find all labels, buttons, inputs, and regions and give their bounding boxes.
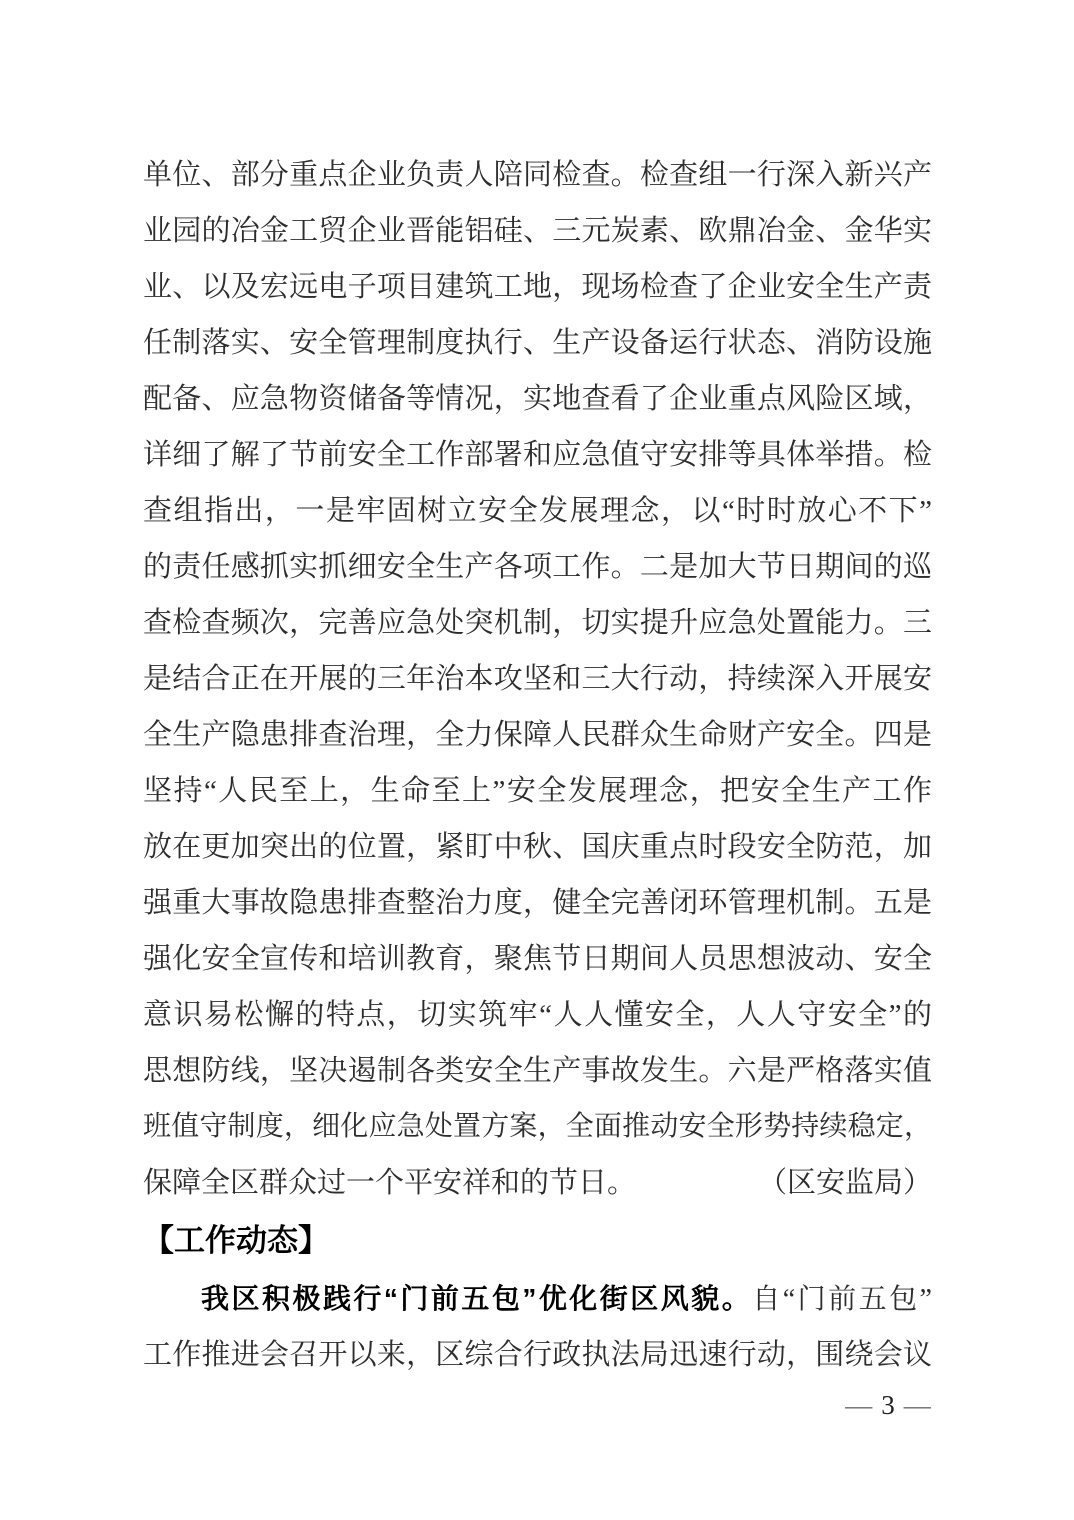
body-line: 任制落实、安全管理制度执行、生产设备运行状态、消防设施 — [143, 315, 932, 371]
attribution: （区安监局） — [758, 1155, 932, 1211]
body-line: 业、以及宏远电子项目建筑工地，现场检查了企业安全生产责 — [143, 259, 932, 315]
body-line: 查检查频次，完善应急处突机制，切实提升应急处置能力。三 — [143, 595, 932, 651]
body-line: 的责任感抓实抓细安全生产各项工作。二是加大节日期间的巡 — [143, 539, 932, 595]
document-page: 单位、部分重点企业负责人陪同检查。检查组一行深入新兴产 业园的冶金工贸企业晋能铝… — [0, 0, 1074, 1520]
attribution-line: 保障全区群众过一个平安祥和的节日。 （区安监局） — [143, 1155, 932, 1211]
body-line: 意识易松懈的特点，切实筑牢“人人懂安全，人人守安全”的 — [143, 987, 932, 1043]
body-line: 强重大事故隐患排查整治力度，健全完善闭环管理机制。五是 — [143, 875, 932, 931]
body-line: 查组指出，一是牢固树立安全发展理念，以“时时放心不下” — [143, 483, 932, 539]
body-line: 全生产隐患排查治理，全力保障人民群众生命财产安全。四是 — [143, 707, 932, 763]
lead-sentence-bold: 我区积极践行“门前五包”优化街区风貌。 — [201, 1283, 752, 1314]
body-line: 业园的冶金工贸企业晋能铝硅、三元炭素、欧鼎冶金、金华实 — [143, 203, 932, 259]
body-line: 单位、部分重点企业负责人陪同检查。检查组一行深入新兴产 — [143, 147, 932, 203]
body-line: 详细了解了节前安全工作部署和应急值守安排等具体举措。检 — [143, 427, 932, 483]
body-line: 放在更加突出的位置，紧盯中秋、国庆重点时段安全防范，加 — [143, 819, 932, 875]
page-number: 3 — [881, 1388, 895, 1422]
body-text-block: 单位、部分重点企业负责人陪同检查。检查组一行深入新兴产 业园的冶金工贸企业晋能铝… — [143, 147, 932, 1383]
body-line: 配备、应急物资储备等情况，实地查看了企业重点风险区域， — [143, 371, 932, 427]
footer-dash-left: — — [845, 1388, 872, 1422]
lead-sentence-rest: 自“门前五包” — [752, 1284, 932, 1315]
body-line-lead: 我区积极践行“门前五包”优化街区风貌。自“门前五包” — [143, 1271, 932, 1327]
page-footer: — 3 — — [838, 1388, 938, 1422]
body-line: 思想防线，坚决遏制各类安全生产事故发生。六是严格落实值 — [143, 1043, 932, 1099]
section-header: 【工作动态】 — [143, 1211, 932, 1271]
body-line: 班值守制度，细化应急处置方案，全面推动安全形势持续稳定， — [143, 1099, 932, 1155]
body-line: 是结合正在开展的三年治本攻坚和三大行动，持续深入开展安 — [143, 651, 932, 707]
footer-dash-right: — — [904, 1388, 931, 1422]
paragraph-last-line: 保障全区群众过一个平安祥和的节日。 — [143, 1155, 636, 1211]
body-line: 工作推进会召开以来，区综合行政执法局迅速行动，围绕会议 — [143, 1327, 932, 1383]
body-line: 强化安全宣传和培训教育，聚焦节日期间人员思想波动、安全 — [143, 931, 932, 987]
body-line: 坚持“人民至上，生命至上”安全发展理念，把安全生产工作 — [143, 763, 932, 819]
